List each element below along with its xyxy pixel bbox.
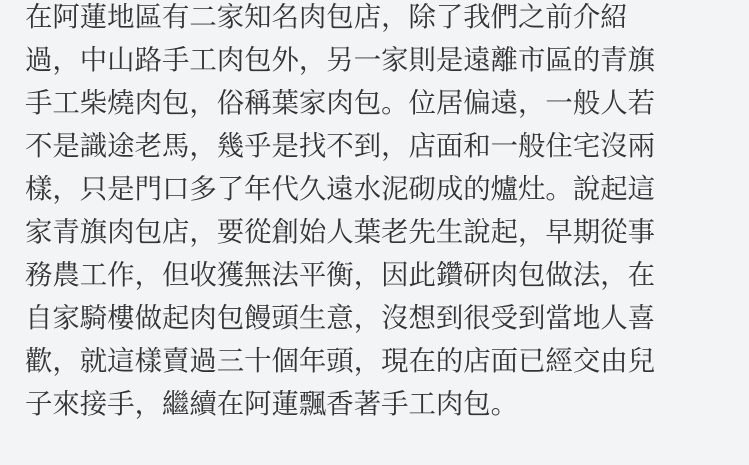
paragraph-line-7: 務農工作，但收獲無法平衡，因此鑽研肉包做法，在	[25, 254, 725, 297]
paragraph-line-9: 歡，就這樣賣過三十個年頭，現在的店面已經交由兒	[25, 340, 725, 383]
article-paragraph: 在阿蓮地區有二家知名肉包店，除了我們之前介紹 過，中山路手工肉包外，另一家則是遠…	[25, 0, 725, 426]
paragraph-line-5: 樣，只是門口多了年代久遠水泥砌成的爐灶。說起這	[25, 168, 725, 211]
paragraph-line-3: 手工柴燒肉包，俗稱葉家肉包。位居偏遠，一般人若	[25, 82, 725, 125]
paragraph-line-1: 在阿蓮地區有二家知名肉包店，除了我們之前介紹	[25, 0, 725, 39]
paragraph-line-10: 子來接手，繼續在阿蓮飄香著手工肉包。	[25, 383, 725, 426]
paragraph-line-6: 家青旗肉包店，要從創始人葉老先生說起，早期從事	[25, 211, 725, 254]
paragraph-line-8: 自家騎樓做起肉包饅頭生意，沒想到很受到當地人喜	[25, 297, 725, 340]
paragraph-line-4: 不是識途老馬，幾乎是找不到，店面和一般住宅沒兩	[25, 125, 725, 168]
paragraph-line-2: 過，中山路手工肉包外，另一家則是遠離市區的青旗	[25, 39, 725, 82]
